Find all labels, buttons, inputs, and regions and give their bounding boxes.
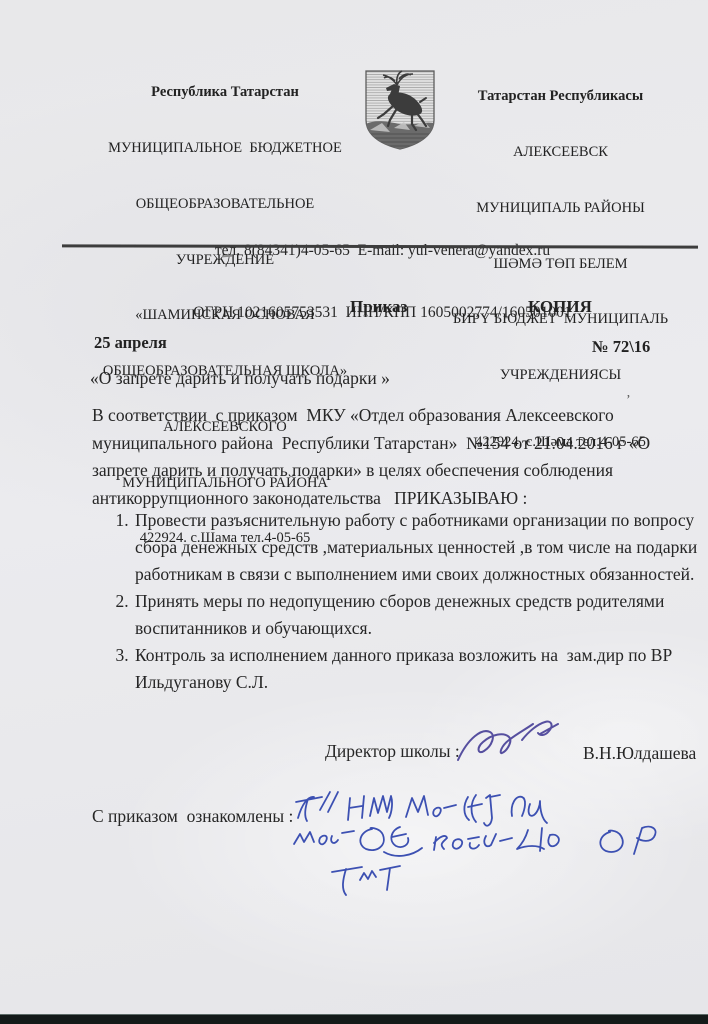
order-type-label: Приказ	[350, 297, 407, 317]
letterhead-left-country: Республика Татарстан	[70, 83, 380, 102]
order-subject: «О запрете дарить и получать подарки »	[90, 368, 650, 389]
letterhead-contacts: тел. 8(84341)4-05-65 E-mail: yul-venera@…	[110, 200, 655, 364]
letterhead-left-line: МУНИЦИПАЛЬНОЕ БЮДЖЕТНОЕ	[70, 139, 380, 158]
order-item-2: Принять меры по недопущению сборов денеж…	[133, 588, 708, 642]
scanner-edge-strip	[0, 1014, 708, 1024]
order-preamble: В соответствии с приказом МКУ «Отдел обр…	[92, 402, 670, 512]
acknowledgement-label: С приказом ознакомлены :	[92, 806, 293, 827]
order-items-list: Провести разъяснительную работу с работн…	[92, 507, 708, 696]
director-name: В.Н.Юлдашева	[583, 743, 696, 764]
letterhead-right-line: АЛЕКСЕЕВСК	[428, 143, 693, 162]
order-item-1: Провести разъяснительную работу с работн…	[133, 507, 708, 588]
scanned-order-document: Республика Татарстан МУНИЦИПАЛЬНОЕ БЮДЖЕ…	[0, 0, 708, 1024]
director-title-label: Директор школы :	[325, 741, 460, 762]
letterhead-right-country: Татарстан Республикасы	[428, 87, 693, 106]
staff-signatures-handwriting	[288, 782, 703, 910]
order-item-3: Контроль за исполнением данного приказа …	[133, 642, 708, 696]
scan-artifact-mark: ’	[626, 393, 631, 409]
order-date: 25 апреля	[94, 333, 167, 353]
director-signature-handwriting	[452, 710, 567, 772]
order-number: № 72\16	[592, 337, 650, 357]
copy-stamp: КОПИЯ	[528, 297, 592, 317]
